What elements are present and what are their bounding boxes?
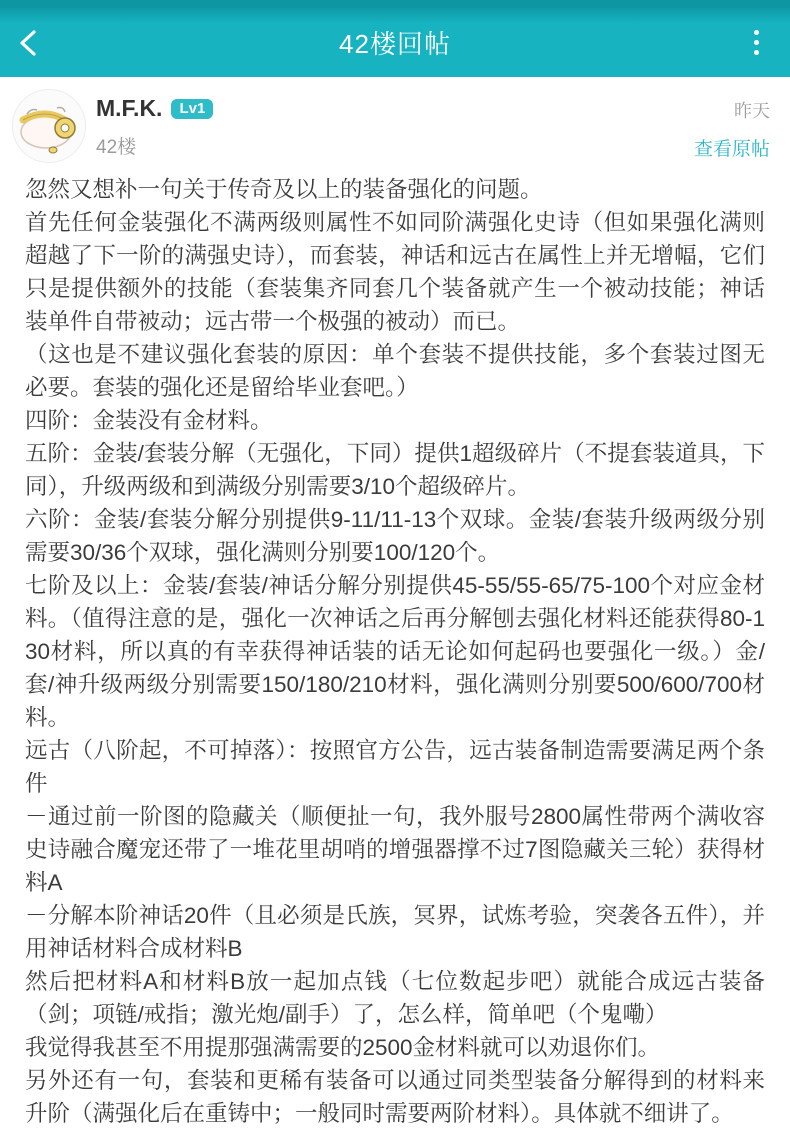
post-time: 昨天 (694, 97, 770, 123)
post-paragraph: 另外还有一句，套装和更稀有装备可以通过同类型装备分解得到的材料来升阶（满强化后在… (25, 1064, 765, 1130)
post-paragraph: 然后把材料A和材料B放一起加点钱（七位数起步吧）就能合成远古装备（剑；项链/戒指… (25, 965, 765, 1031)
post-paragraph: 远古（八阶起，不可掉落）：按照官方公告，远古装备制造需要满足两个条件 (25, 734, 765, 800)
view-original-link[interactable]: 查看原帖 (694, 134, 770, 161)
back-button[interactable] (16, 21, 60, 65)
floor-label: 42楼 (96, 132, 213, 159)
status-bar (0, 0, 790, 8)
post-paragraph: 六阶：金装/套装分解分别提供9-11/11-13个双球。金装/套装升级两级分别需… (25, 503, 765, 569)
header: 42楼回帖 (0, 8, 790, 77)
post-paragraph: －通过前一阶图的隐藏关（顺便扯一句，我外服号2800属性带两个满收容史诗融合魔宠… (25, 800, 765, 899)
level-badge: Lv1 (171, 99, 213, 119)
post-paragraph: 七阶及以上：金装/套装/神话分解分别提供45-55/55-65/75-100个对… (25, 569, 765, 734)
post-paragraph: 我觉得我甚至不用提那强满需要的2500金材料就可以劝退你们。 (25, 1031, 765, 1064)
post-paragraph: 首先任何金装强化不满两级则属性不如同阶满强化史诗（但如果强化满则超越了下一阶的满… (25, 206, 765, 338)
post-content: 忽然又想补一句关于传奇及以上的装备强化的问题。 首先任何金装强化不满两级则属性不… (0, 163, 790, 1130)
username[interactable]: M.F.K. (96, 95, 162, 122)
post-paragraph: 忽然又想补一句关于传奇及以上的装备强化的问题。 (25, 173, 765, 206)
app-window: 42楼回帖 (0, 0, 790, 1130)
page-title: 42楼回帖 (0, 24, 790, 61)
more-menu-button[interactable] (738, 21, 774, 65)
post-paragraph: 四阶：金装没有金材料。 (25, 404, 765, 437)
vertical-ellipsis-icon (754, 30, 759, 55)
post-paragraph: －分解本阶神话20件（且必须是氏族，冥界，试炼考验，突袭各五件），并用神话材料合… (25, 899, 765, 965)
reply-post: M.F.K. Lv1 42楼 昨天 查看原帖 忽然又想补一句关于传奇及以上的装备… (0, 77, 790, 1130)
post-meta: 昨天 查看原帖 (694, 89, 770, 163)
avatar[interactable] (12, 89, 86, 163)
avatar-image (13, 90, 85, 162)
author-info: M.F.K. Lv1 42楼 (96, 89, 213, 163)
chevron-left-icon (16, 28, 42, 58)
post-header: M.F.K. Lv1 42楼 昨天 查看原帖 (0, 77, 790, 163)
post-paragraph: （这也是不建议强化套装的原因：单个套装不提供技能，多个套装过图无必要。套装的强化… (25, 338, 765, 404)
post-paragraph: 五阶：金装/套装分解（无强化，下同）提供1超级碎片（不提套装道具，下同），升级两… (25, 437, 765, 503)
